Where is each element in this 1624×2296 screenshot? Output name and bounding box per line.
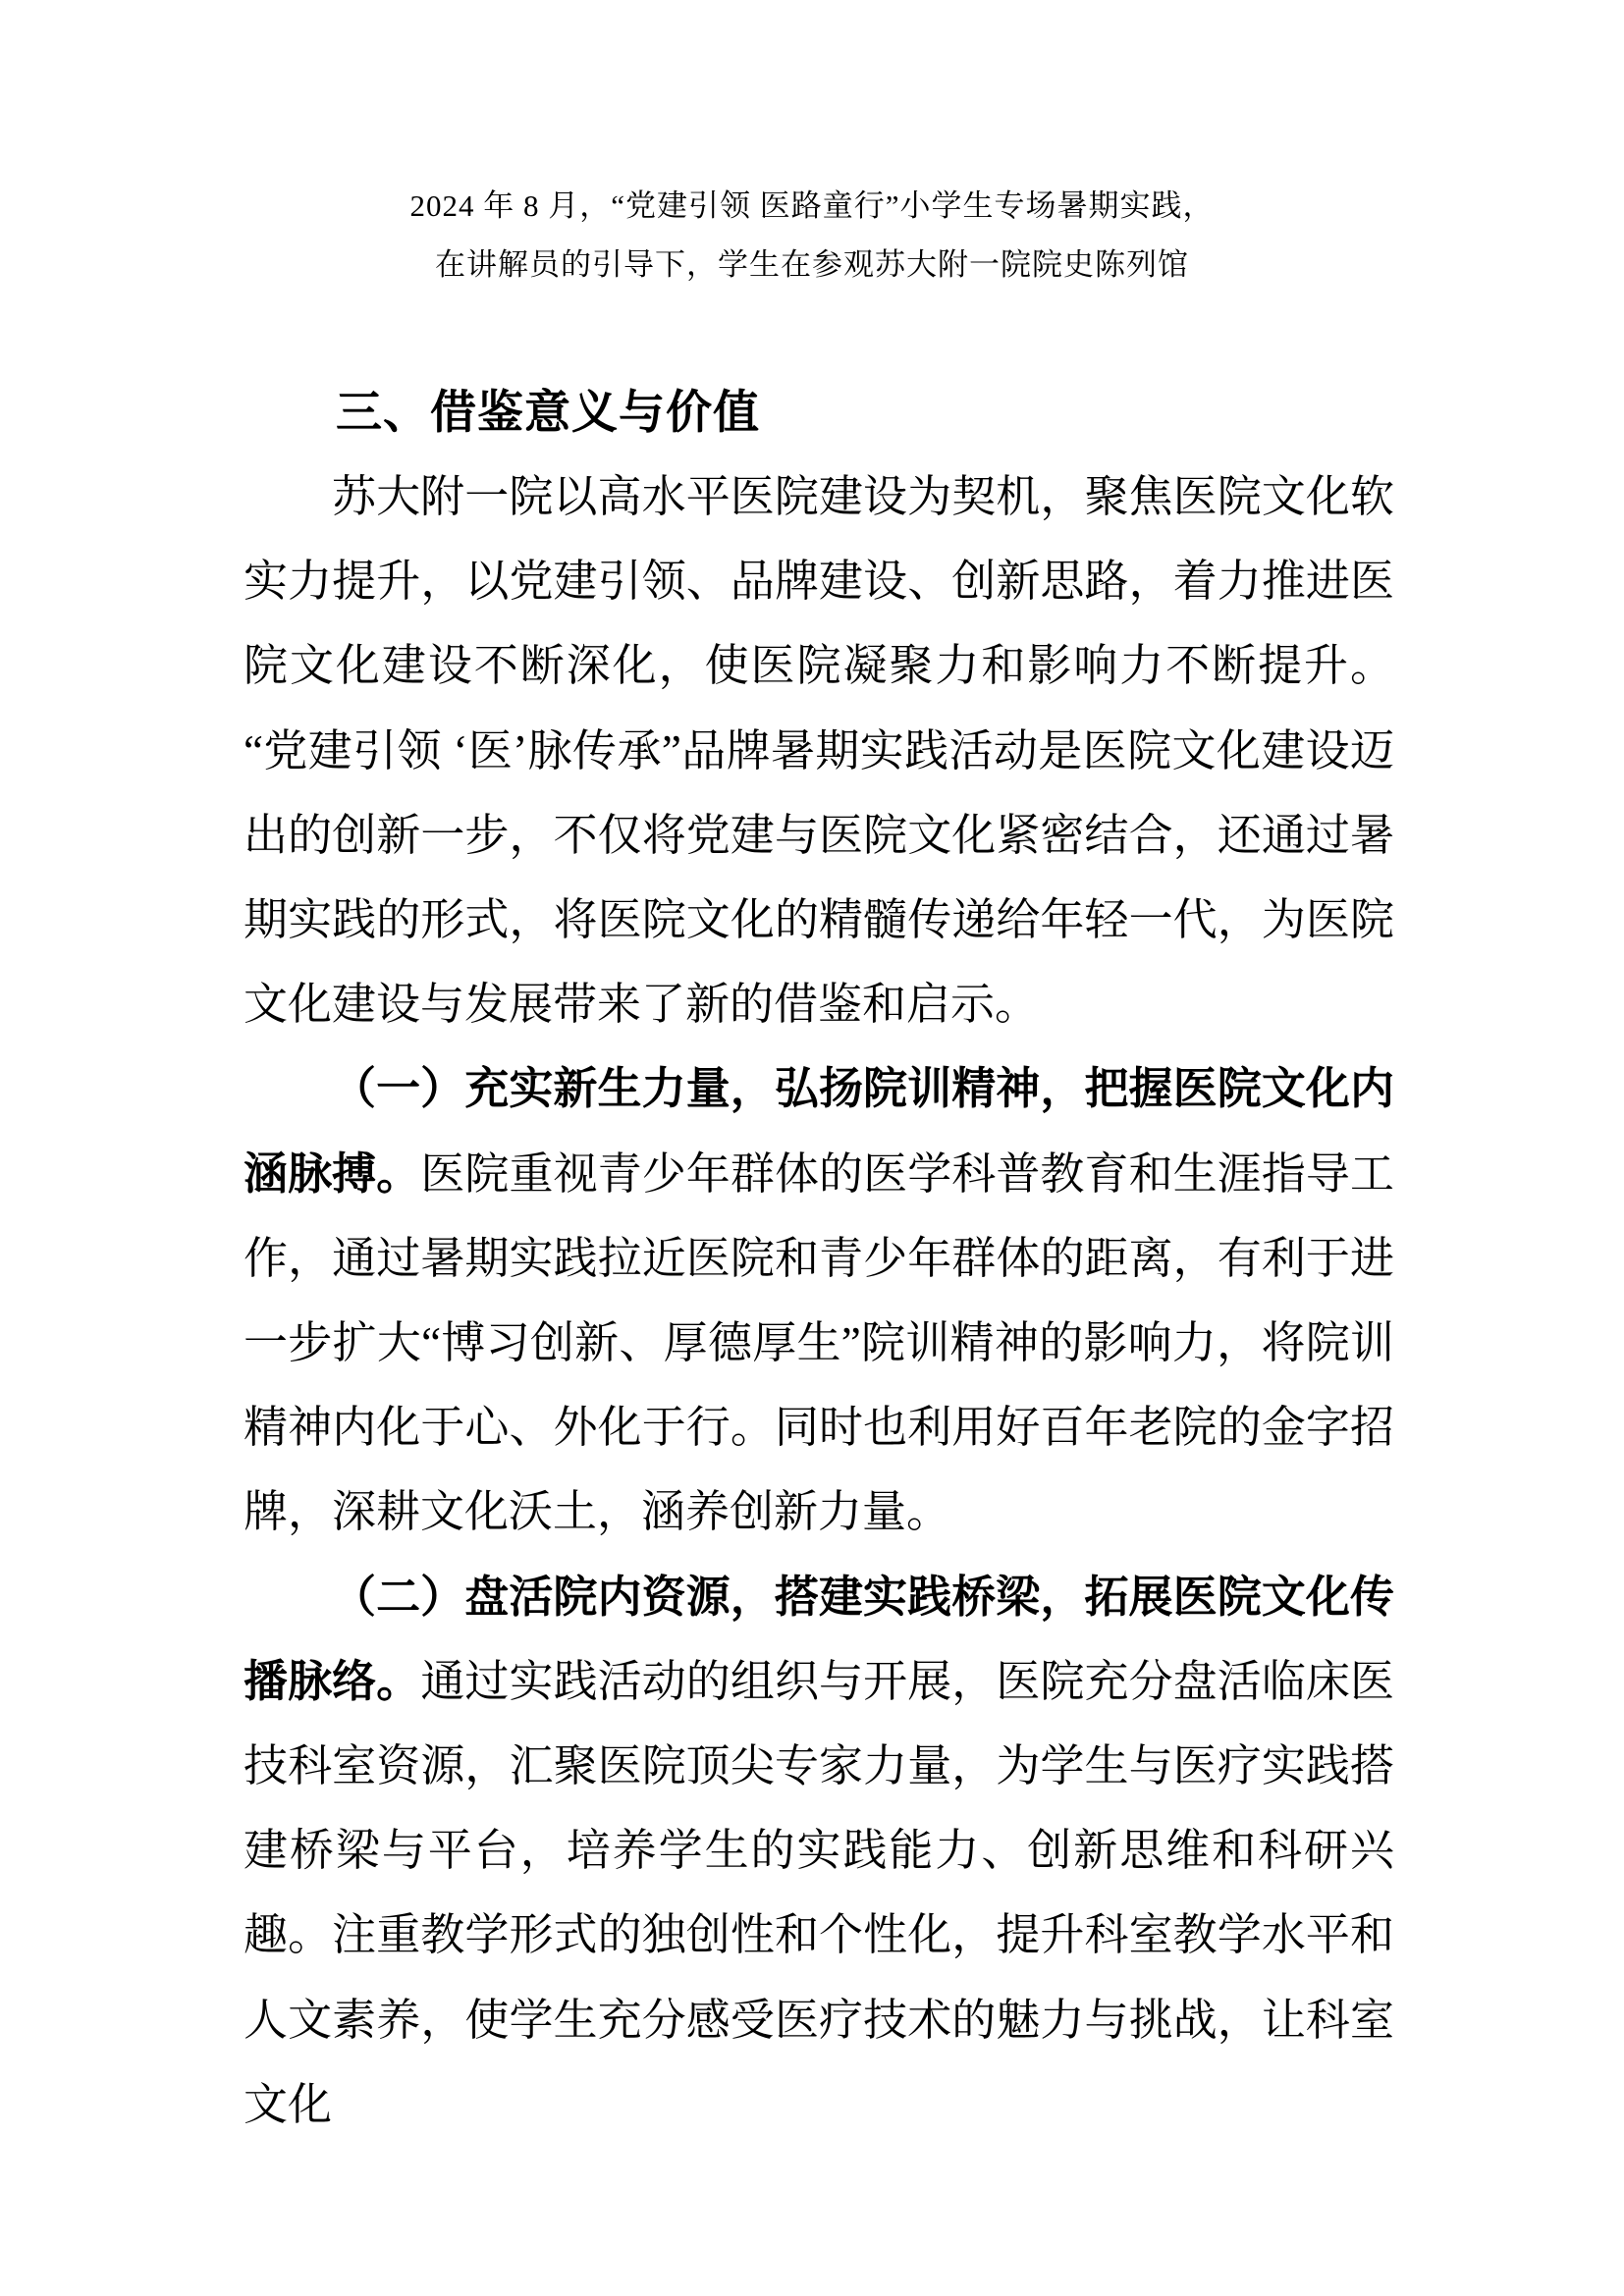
paragraph-point-1: （一）充实新生力量，弘扬院训精神，把握医院文化内涵脉搏。医院重视青少年群体的医学… — [244, 1046, 1394, 1554]
paragraph-intro: 苏大附一院以高水平医院建设为契机，聚焦医院文化软实力提升，以党建引领、品牌建设、… — [244, 454, 1394, 1046]
photo-caption-line-1: 2024 年 8 月，“党建引领 医路童行”小学生专场暑期实践， — [125, 177, 1499, 236]
paragraph-point-2: （二）盘活院内资源，搭建实践桥梁，拓展医院文化传播脉络。通过实践活动的组织与开展… — [244, 1555, 1394, 2147]
document-page: 2024 年 8 月，“党建引领 医路童行”小学生专场暑期实践， 在讲解员的引导… — [0, 0, 1624, 2296]
photo-caption-line-2: 在讲解员的引导下，学生在参观苏大附一院院史陈列馆 — [125, 236, 1499, 294]
paragraph-intro-text: 苏大附一院以高水平医院建设为契机，聚焦医院文化软实力提升，以党建引领、品牌建设、… — [244, 472, 1394, 1029]
body-text: 苏大附一院以高水平医院建设为契机，聚焦医院文化软实力提升，以党建引领、品牌建设、… — [244, 454, 1394, 2147]
paragraph-point-2-text: 通过实践活动的组织与开展，医院充分盘活临床医技科室资源，汇聚医院顶尖专家力量，为… — [244, 1657, 1394, 2129]
photo-caption: 2024 年 8 月，“党建引领 医路童行”小学生专场暑期实践， 在讲解员的引导… — [125, 177, 1499, 294]
paragraph-point-1-text: 医院重视青少年群体的医学科普教育和生涯指导工作，通过暑期实践拉近医院和青少年群体… — [244, 1149, 1394, 1537]
section-heading: 三、借鉴意义与价值 — [244, 371, 1394, 455]
